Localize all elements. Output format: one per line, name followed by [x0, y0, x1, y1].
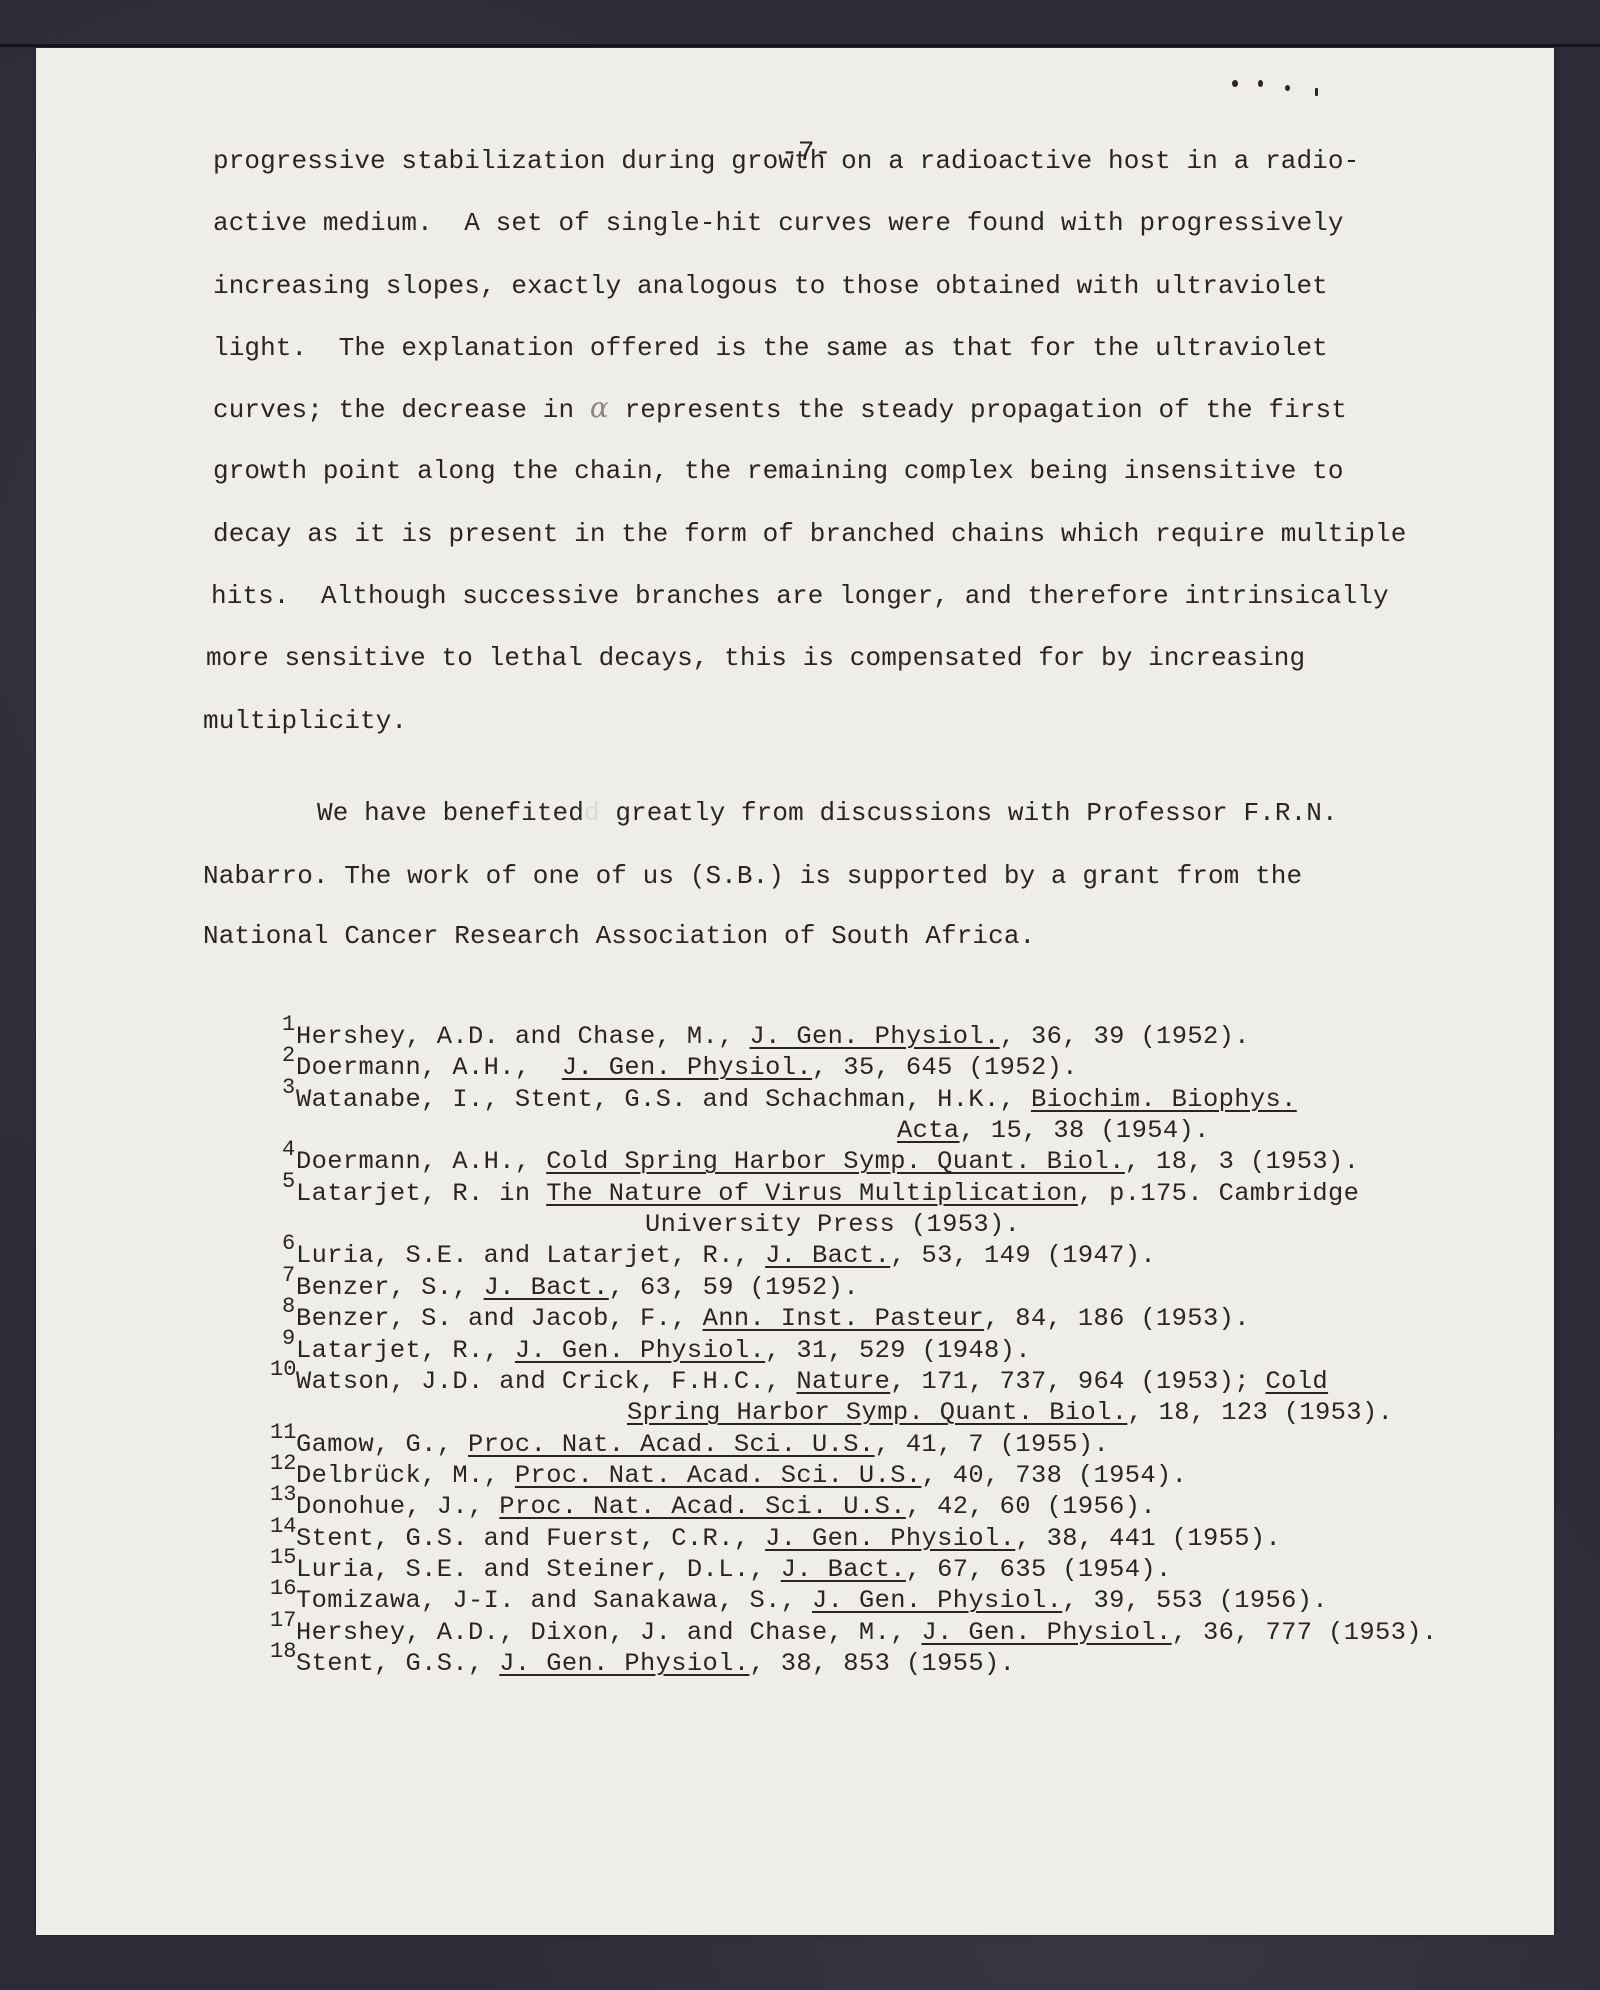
reference-authors: Watson, J.D. and Crick, F.H.C.,: [296, 1367, 796, 1396]
reference-line: Donohue, J., Proc. Nat. Acad. Sci. U.S.,…: [296, 1492, 1156, 1522]
reference-number: 3: [282, 1077, 295, 1099]
body-line: Nabarro. The work of one of us (S.B.) is…: [203, 861, 1302, 891]
reference-continuation-line: University Press (1953).: [645, 1210, 1020, 1240]
reference-details: , 35, 645 (1952).: [812, 1053, 1078, 1082]
body-line: light. The explanation offered is the sa…: [213, 333, 1328, 363]
reference-line: Stent, G.S. and Fuerst, C.R., J. Gen. Ph…: [296, 1524, 1281, 1554]
reference-authors: Benzer, S. and Jacob, F.,: [296, 1304, 703, 1333]
reference-journal: Nature: [796, 1367, 890, 1396]
reference-journal: Biochim. Biophys.: [1031, 1085, 1297, 1114]
reference-number: 11: [270, 1422, 296, 1444]
reference-line: Benzer, S. and Jacob, F., Ann. Inst. Pas…: [296, 1304, 1250, 1334]
reference-journal: J. Gen. Physiol.: [515, 1336, 765, 1365]
body-line: curves; the decrease in α represents the…: [213, 393, 1347, 425]
body-line: more sensitive to lethal decays, this is…: [206, 643, 1305, 673]
reference-authors: Donohue, J.,: [296, 1492, 499, 1521]
reference-number: 4: [282, 1139, 295, 1161]
erased-character: d: [584, 798, 600, 828]
reference-authors: Luria, S.E. and Latarjet, R.,: [296, 1241, 765, 1270]
reference-journal: J. Gen. Physiol.: [765, 1524, 1015, 1553]
reference-journal: J. Gen. Physiol.: [499, 1649, 749, 1678]
reference-details: , 171, 737, 964 (1953);: [890, 1367, 1265, 1396]
reference-line: Watson, J.D. and Crick, F.H.C., Nature, …: [296, 1367, 1328, 1397]
reference-authors: Gamow, G.,: [296, 1430, 468, 1459]
reference-details: , 38, 441 (1955).: [1015, 1524, 1281, 1553]
reference-authors: Watanabe, I., Stent, G.S. and Schachman,…: [296, 1085, 1031, 1114]
reference-number: 10: [270, 1359, 296, 1381]
body-line-text: represents the steady propagation of the…: [609, 395, 1347, 425]
reference-line: Doermann, A.H., Cold Spring Harbor Symp.…: [296, 1147, 1359, 1177]
body-line: We have benefitedd greatly from discussi…: [317, 798, 1338, 828]
reference-authors: Benzer, S.,: [296, 1273, 484, 1302]
reference-line: Luria, S.E. and Steiner, D.L., J. Bact.,…: [296, 1555, 1172, 1585]
body-line-text: curves; the decrease in: [213, 395, 574, 425]
body-line: progressive stabilization during growth …: [213, 146, 1359, 176]
reference-number: 13: [270, 1484, 296, 1506]
reference-number: 2: [282, 1045, 295, 1067]
reference-details: , 84, 186 (1953).: [984, 1304, 1250, 1333]
reference-line: Luria, S.E. and Latarjet, R., J. Bact., …: [296, 1241, 1156, 1271]
reference-line: Latarjet, R. in The Nature of Virus Mult…: [296, 1179, 1359, 1209]
body-line-text: greatly from discussions with Professor …: [600, 798, 1338, 828]
reference-continuation-line: Acta, 15, 38 (1954).: [897, 1116, 1210, 1146]
reference-line: Watanabe, I., Stent, G.S. and Schachman,…: [296, 1085, 1297, 1115]
body-line: hits. Although successive branches are l…: [211, 581, 1389, 611]
stray-mark: [1258, 80, 1263, 87]
reference-details: , 42, 60 (1956).: [906, 1492, 1156, 1521]
reference-journal: Proc. Nat. Acad. Sci. U.S.: [499, 1492, 906, 1521]
reference-details: , 36, 39 (1952).: [1000, 1022, 1250, 1051]
reference-number: 6: [282, 1233, 295, 1255]
body-line: active medium. A set of single-hit curve…: [213, 208, 1344, 238]
stray-mark: [1232, 80, 1238, 87]
reference-authors: Tomizawa, J-I. and Sanakawa, S.,: [296, 1586, 812, 1615]
reference-details: , 18, 123 (1953).: [1127, 1398, 1393, 1427]
reference-details: , 67, 635 (1954).: [906, 1555, 1172, 1584]
reference-details: , 39, 553 (1956).: [1062, 1586, 1328, 1615]
reference-authors: Hershey, A.D. and Chase, M.,: [296, 1022, 749, 1051]
body-line: National Cancer Research Association of …: [203, 921, 1035, 951]
reference-number: 18: [270, 1641, 296, 1663]
reference-details: , 31, 529 (1948).: [765, 1336, 1031, 1365]
reference-number: 12: [270, 1453, 296, 1475]
reference-line: Delbrück, M., Proc. Nat. Acad. Sci. U.S.…: [296, 1461, 1187, 1491]
reference-journal: J. Gen. Physiol.: [562, 1053, 812, 1082]
reference-authors: Delbrück, M.,: [296, 1461, 515, 1490]
body-line: decay as it is present in the form of br…: [213, 519, 1406, 549]
reference-number: 14: [270, 1516, 296, 1538]
reference-authors: Luria, S.E. and Steiner, D.L.,: [296, 1555, 781, 1584]
reference-journal: Spring Harbor Symp. Quant. Biol.: [627, 1398, 1127, 1427]
reference-authors: Stent, G.S.,: [296, 1649, 499, 1678]
reference-details: , 18, 3 (1953).: [1125, 1147, 1360, 1176]
reference-line: Gamow, G., Proc. Nat. Acad. Sci. U.S., 4…: [296, 1430, 1109, 1460]
scanner-bed-edge: [0, 44, 1600, 47]
reference-journal: J. Bact.: [765, 1241, 890, 1270]
reference-authors: Latarjet, R.,: [296, 1336, 515, 1365]
reference-number: 16: [270, 1578, 296, 1600]
handwritten-alpha-symbol: α: [590, 391, 609, 424]
reference-authors: Latarjet, R. in: [296, 1179, 546, 1208]
reference-journal: Proc. Nat. Acad. Sci. U.S.: [468, 1430, 875, 1459]
reference-continuation-line: Spring Harbor Symp. Quant. Biol., 18, 12…: [627, 1398, 1393, 1428]
body-line-text: We have benefited: [317, 798, 584, 828]
reference-details: University Press (1953).: [645, 1210, 1020, 1239]
reference-details: , p.175. Cambridge: [1078, 1179, 1359, 1208]
reference-line: Hershey, A.D. and Chase, M., J. Gen. Phy…: [296, 1022, 1250, 1052]
reference-authors: Doermann, A.H.,: [296, 1053, 562, 1082]
reference-details: , 36, 777 (1953).: [1172, 1618, 1438, 1647]
stray-mark: [1315, 88, 1318, 96]
reference-number: 7: [282, 1265, 295, 1287]
reference-details: , 40, 738 (1954).: [921, 1461, 1187, 1490]
reference-journal: The Nature of Virus Multiplication: [546, 1179, 1078, 1208]
reference-line: Hershey, A.D., Dixon, J. and Chase, M., …: [296, 1618, 1438, 1648]
reference-number: 15: [270, 1547, 296, 1569]
reference-authors: Doermann, A.H.,: [296, 1147, 546, 1176]
reference-line: Doermann, A.H., J. Gen. Physiol., 35, 64…: [296, 1053, 1078, 1083]
body-line: multiplicity.: [203, 706, 407, 736]
reference-journal: Proc. Nat. Acad. Sci. U.S.: [515, 1461, 922, 1490]
reference-details: , 15, 38 (1954).: [960, 1116, 1210, 1145]
reference-line: Stent, G.S., J. Gen. Physiol., 38, 853 (…: [296, 1649, 1015, 1679]
stray-mark: [1285, 85, 1290, 91]
reference-number: 8: [282, 1296, 295, 1318]
reference-line: Latarjet, R., J. Gen. Physiol., 31, 529 …: [296, 1336, 1031, 1366]
reference-journal: J. Bact.: [781, 1555, 906, 1584]
reference-journal: Cold Spring Harbor Symp. Quant. Biol.: [546, 1147, 1125, 1176]
reference-details: , 41, 7 (1955).: [875, 1430, 1110, 1459]
reference-details: , 63, 59 (1952).: [609, 1273, 859, 1302]
reference-line: Tomizawa, J-I. and Sanakawa, S., J. Gen.…: [296, 1586, 1328, 1616]
body-line: growth point along the chain, the remain…: [213, 456, 1344, 486]
reference-authors: Stent, G.S. and Fuerst, C.R.,: [296, 1524, 765, 1553]
reference-journal: J. Bact.: [484, 1273, 609, 1302]
reference-number: 9: [282, 1328, 295, 1350]
reference-number: 5: [282, 1171, 295, 1193]
reference-number: 17: [270, 1610, 296, 1632]
reference-journal: J. Gen. Physiol.: [812, 1586, 1062, 1615]
body-line: increasing slopes, exactly analogous to …: [213, 271, 1328, 301]
reference-line: Benzer, S., J. Bact., 63, 59 (1952).: [296, 1273, 859, 1303]
reference-journal: Cold: [1266, 1367, 1329, 1396]
reference-journal: Acta: [897, 1116, 960, 1145]
document-page: -7- progressive stabilization during gro…: [36, 48, 1554, 1935]
reference-details: , 53, 149 (1947).: [890, 1241, 1156, 1270]
reference-journal: Ann. Inst. Pasteur: [703, 1304, 984, 1333]
reference-journal: J. Gen. Physiol.: [921, 1618, 1171, 1647]
reference-journal: J. Gen. Physiol.: [749, 1022, 999, 1051]
reference-number: 1: [282, 1014, 295, 1036]
reference-authors: Hershey, A.D., Dixon, J. and Chase, M.,: [296, 1618, 921, 1647]
reference-details: , 38, 853 (1955).: [749, 1649, 1015, 1678]
